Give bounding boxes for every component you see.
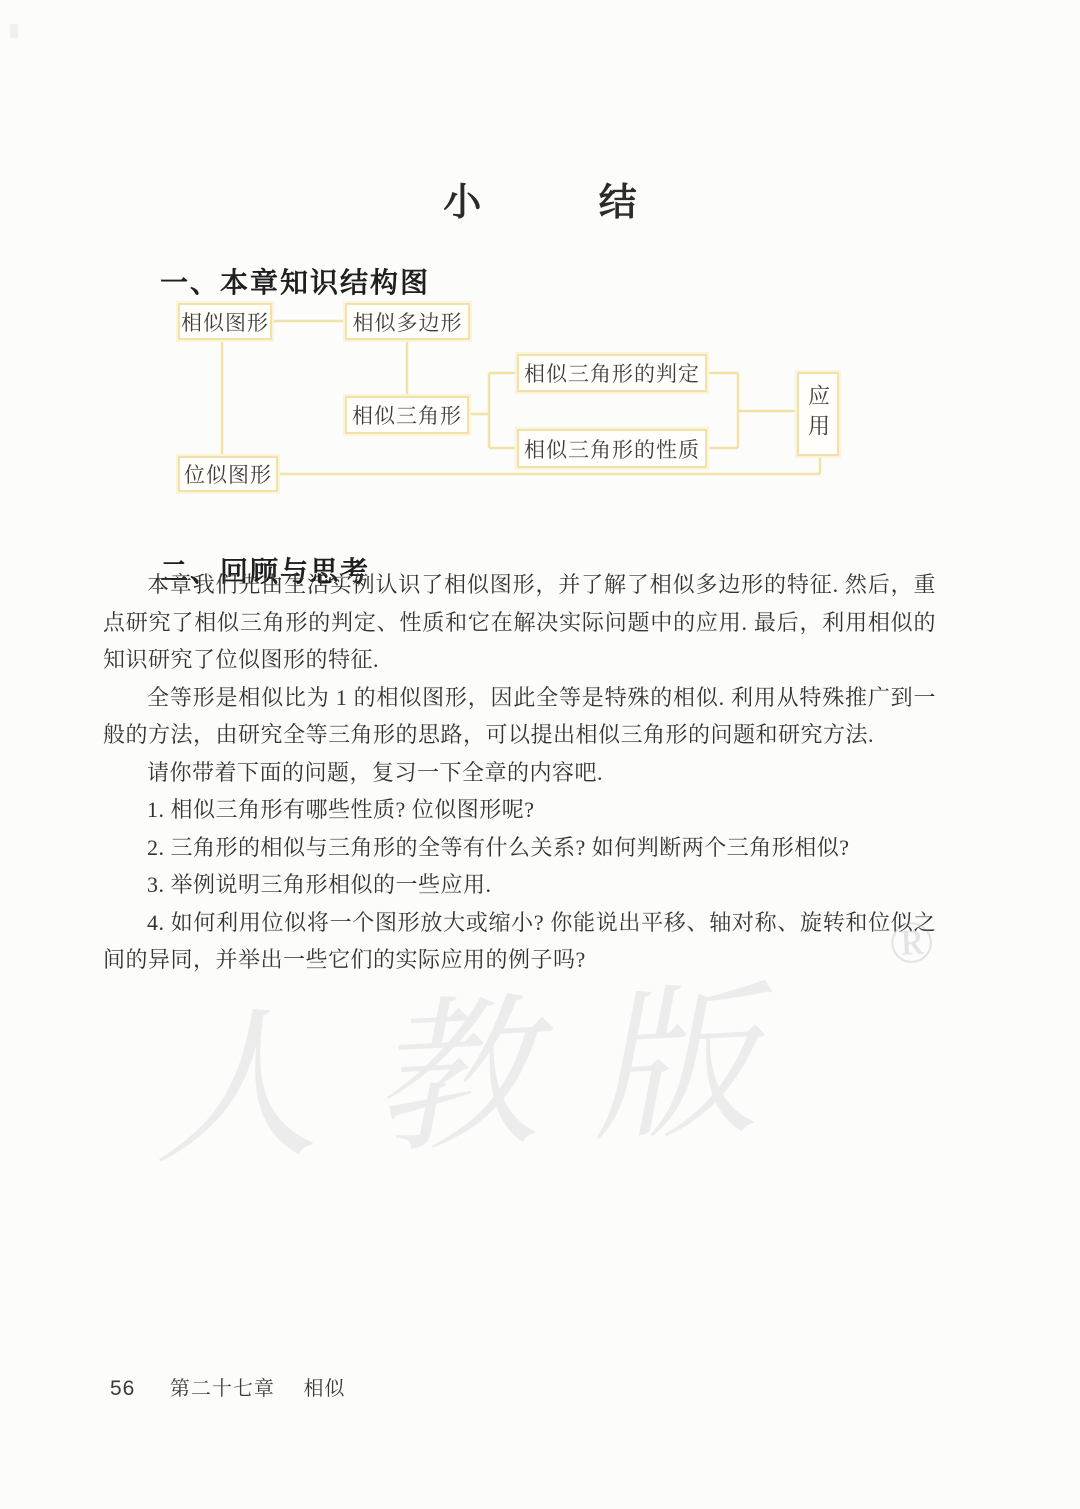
page-footer: 56 第二十七章 相似 [110, 1372, 345, 1401]
chapter-label: 第二十七章 [170, 1378, 275, 1400]
diagram-node-similar-figures: 相似图形 [178, 303, 272, 340]
paragraph-overview: 本章我们先由生活实例认识了相似图形，并了解了相似多边形的特征. 然后，重点研究了… [103, 566, 936, 679]
question-3: 3. 举例说明三角形相似的一些应用. [103, 866, 936, 904]
diagram-node-triangle-properties: 相似三角形的性质 [517, 429, 707, 468]
knowledge-structure-diagram: 相似图形 相似多边形 相似三角形 相似三角形的判定 相似三角形的性质 应用 位似… [0, 0, 1080, 520]
question-1: 1. 相似三角形有哪些性质? 位似图形呢? [103, 791, 936, 829]
diagram-node-similar-triangles: 相似三角形 [345, 396, 469, 434]
diagram-node-homothetic-figures: 位似图形 [178, 456, 278, 492]
diagram-node-triangle-criteria: 相似三角形的判定 [517, 354, 707, 392]
review-text-block: 本章我们先由生活实例认识了相似图形，并了解了相似多边形的特征. 然后，重点研究了… [103, 566, 936, 979]
paragraph-congruence: 全等形是相似比为 1 的相似图形，因此全等是特殊的相似. 利用从特殊推广到一般的… [103, 679, 936, 754]
page-number: 56 [110, 1377, 135, 1400]
textbook-page: 小 结 一、本章知识结构图 [0, 0, 1080, 1509]
question-2: 2. 三角形的相似与三角形的全等有什么关系? 如何判断两个三角形相似? [103, 829, 936, 867]
paragraph-prompt: 请你带着下面的问题，复习一下全章的内容吧. [103, 754, 936, 792]
watermark-text: 人教版 [146, 962, 815, 1188]
diagram-node-application: 应用 [797, 372, 839, 456]
diagram-node-similar-polygons: 相似多边形 [345, 303, 470, 340]
chapter-title: 相似 [303, 1378, 345, 1400]
question-4: 4. 如何利用位似将一个图形放大或缩小? 你能说出平移、轴对称、旋转和位似之间的… [103, 904, 936, 979]
